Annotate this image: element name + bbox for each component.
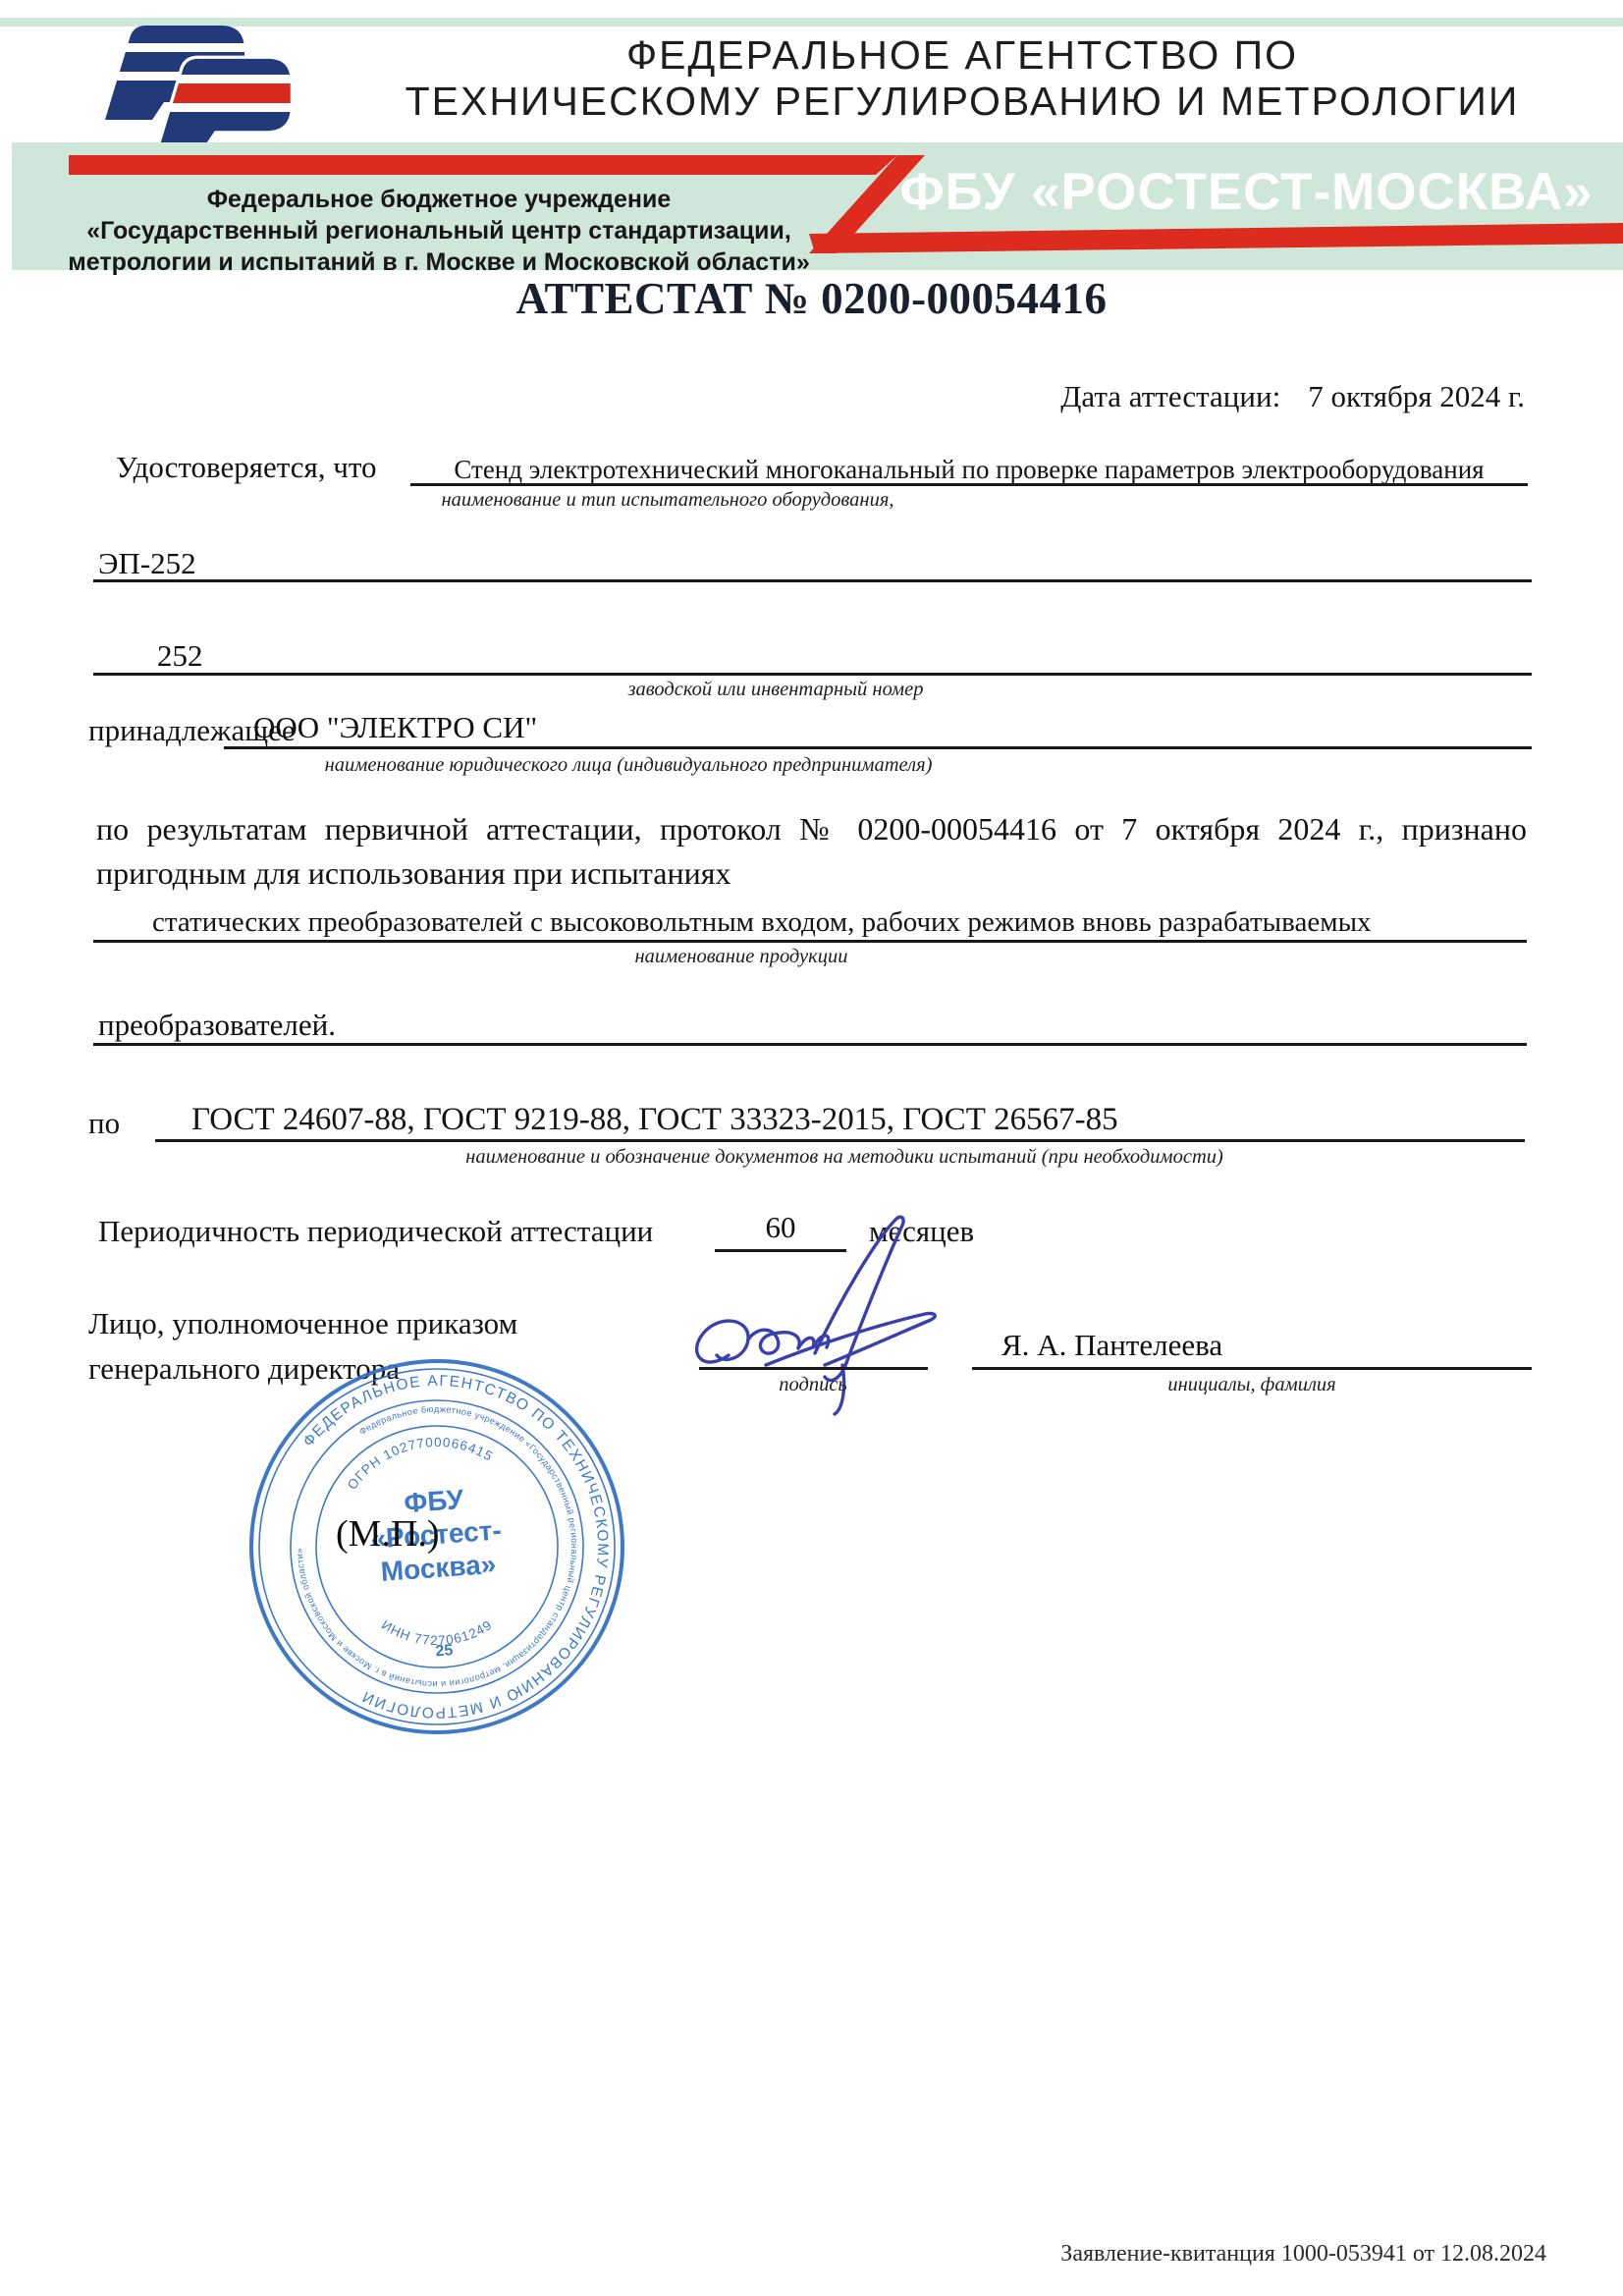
agency-name-line2: ТЕХНИЧЕСКОМУ РЕГУЛИРОВАНИЮ И МЕТРОЛОГИИ [324, 79, 1600, 125]
attestation-date-value: 7 октября 2024 г. [1308, 379, 1525, 413]
standards-label: по [88, 1106, 120, 1141]
equipment-type-value: ЭП-252 [98, 546, 196, 581]
brand-title: ФБУ «РОСТЕСТ-МОСКВА» [876, 162, 1617, 222]
product-caption: наименование продукции [447, 946, 1036, 968]
attestation-date-row: Дата аттестации:7 октября 2024 г. [1060, 379, 1525, 414]
result-paragraph: по результатам первичной аттестации, про… [96, 807, 1527, 896]
result-line1: по результатам первичной аттестации, про… [96, 807, 1527, 851]
certify-label: Удостоверяется, что [116, 450, 376, 485]
attestation-date-label: Дата аттестации: [1060, 379, 1280, 413]
product-line1-value: статических преобразователей с высоковол… [152, 906, 1372, 939]
product-underline1 [93, 940, 1527, 943]
equipment-caption: наименование и тип испытательного оборуд… [373, 489, 962, 512]
standards-underline [155, 1139, 1525, 1142]
org-name-line1: Федеральное бюджетное учреждение [41, 184, 837, 215]
periodicity-label: Периодичность периодической аттестации [98, 1214, 653, 1249]
standards-value: ГОСТ 24607-88, ГОСТ 9219-88, ГОСТ 33323-… [191, 1102, 1118, 1138]
product-line2-value: преобразователей. [98, 1008, 336, 1043]
owner-value: ООО "ЭЛЕКТРО СИ" [253, 710, 537, 745]
serial-underline [93, 673, 1532, 676]
owner-underline [224, 746, 1532, 749]
serial-caption: заводской или инвентарный номер [481, 679, 1070, 701]
product-underline2 [93, 1043, 1527, 1046]
org-banner: Федеральное бюджетное учреждение «Госуда… [12, 142, 1623, 270]
signatory-underline [972, 1367, 1532, 1370]
equipment-name-value: Стенд электротехнический многоканальный … [410, 455, 1528, 485]
certificate-title: АТТЕСТАТ № 0200-00054416 [0, 273, 1623, 324]
signatory-caption: инициалы, фамилия [1055, 1374, 1448, 1396]
official-label-line1: Лицо, уполномоченное приказом [88, 1306, 517, 1341]
owner-caption: наименование юридического лица (индивиду… [285, 754, 972, 777]
org-name-block: Федеральное бюджетное учреждение «Госуда… [41, 184, 837, 278]
serial-number-value: 252 [157, 638, 203, 674]
rosstandart-logo-icon [93, 24, 319, 149]
agency-name-line1: ФЕДЕРАЛЬНОЕ АГЕНТСТВО ПО [324, 32, 1600, 79]
standards-caption: наименование и обозначение документов на… [452, 1146, 1237, 1169]
stamp-place-mark: (М.П.) [336, 1512, 440, 1556]
signatory-name: Я. А. Пантелеева [1001, 1328, 1222, 1363]
result-line2: пригодным для использования при испытани… [96, 851, 1527, 896]
signature-underline [699, 1367, 928, 1370]
stamp-code-text: 25 [435, 1642, 454, 1660]
equipment-underline [410, 483, 1528, 486]
footer-note: Заявление-квитанция 1000-053941 от 12.08… [1060, 2241, 1546, 2268]
certificate-page: ФЕДЕРАЛЬНОЕ АГЕНТСТВО ПО ТЕХНИЧЕСКОМУ РЕ… [0, 0, 1623, 2296]
org-name-line2: «Государственный региональный центр стан… [41, 215, 837, 246]
type-underline [93, 579, 1532, 582]
signature-caption: подпись [715, 1374, 911, 1396]
